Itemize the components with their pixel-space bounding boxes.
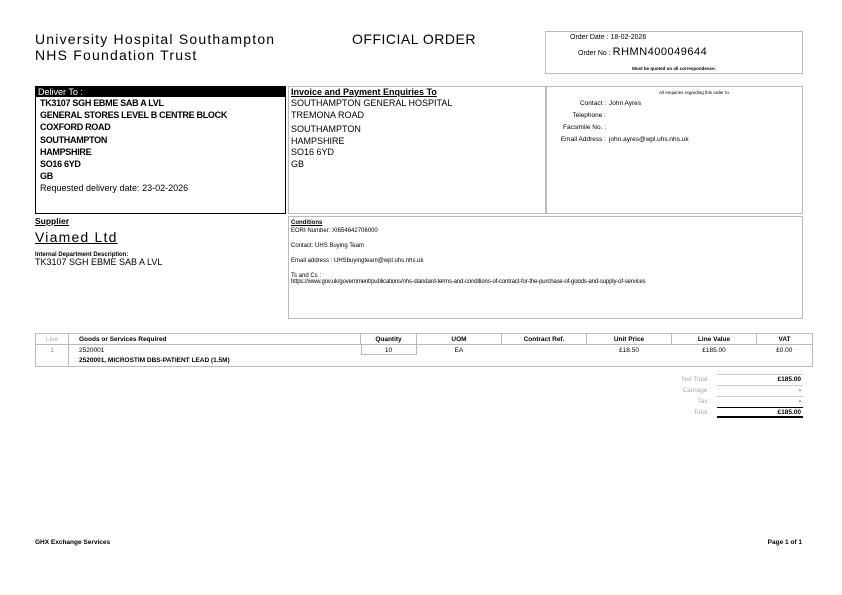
carriage-row: Carriage : - [650, 385, 803, 396]
invoice-heading: Invoice and Payment Enquiries To [291, 87, 545, 98]
col-goods: Goods or Services Required [69, 334, 361, 345]
tcs-link[interactable]: https://www.gov.uk/government/publicatio… [291, 279, 802, 285]
item-description: 2520001, MICROSTIM DBS-PATIENT LEAD (1.5… [79, 357, 361, 364]
contact-value: John Ayres [609, 100, 641, 107]
order-info-box: Order Date : 18-02-2026 Order No : RHMN4… [545, 31, 803, 74]
order-no-row: Order No : RHMN400049644 [578, 46, 707, 58]
email-value[interactable]: john.ayres@wpl.uhs.nhs.uk [609, 136, 689, 143]
deliver-line: SOUTHAMPTON [40, 134, 285, 146]
net-total-value: £185.00 [717, 374, 803, 385]
department-value: TK3107 SGH EBME SAB A LVL [35, 258, 162, 267]
invoice-line: SOUTHAMPTON GENERAL HOSPITAL [291, 98, 545, 110]
col-line-value: Line Value [672, 334, 757, 345]
cell-goods: 2520001 2520001, MICROSTIM DBS-PATIENT L… [69, 345, 361, 367]
footer-provider: GHX Exchange Services [35, 539, 110, 546]
fax-label: Facsimile No. : [547, 124, 606, 131]
order-date-value: 18-02-2026 [610, 34, 646, 41]
cell-unit-price: £18.50 [587, 345, 672, 367]
table-header-row: Line Goods or Services Required Quantity… [36, 334, 813, 345]
deliver-line: GB [40, 170, 285, 182]
invoice-line: GB [291, 159, 545, 171]
col-contract-ref: Contract Ref. [502, 334, 587, 345]
cell-quantity: 10 [361, 345, 417, 367]
conditions-heading: Conditions [291, 220, 802, 226]
tax-value: - [717, 396, 803, 407]
cell-line: 1 [36, 345, 69, 367]
organization-name: University Hospital Southampton NHS Foun… [35, 31, 275, 63]
supplier-heading: Supplier [35, 216, 162, 226]
carriage-value: - [717, 385, 803, 396]
quote-note: Must be quoted on all correspondence. [546, 66, 802, 71]
col-unit-price: Unit Price [587, 334, 672, 345]
eori-number: EORI Number: XI654642706000 [291, 228, 802, 234]
quantity-value: 10 [361, 345, 417, 355]
grand-total-row: Total : £185.00 [650, 407, 803, 418]
deliver-line: COXFORD ROAD [40, 121, 285, 133]
invoice-line: SOUTHAMPTON [291, 124, 545, 136]
col-uom: UOM [417, 334, 502, 345]
cell-line-value: £185.00 [672, 345, 757, 367]
document-title: OFFICIAL ORDER [352, 31, 476, 47]
carriage-label: Carriage : [650, 387, 713, 394]
deliver-line: HAMPSHIRE [40, 146, 285, 158]
total-value: £185.00 [717, 407, 803, 418]
deliver-line: SO16 6YD [40, 158, 285, 170]
org-line-2: NHS Foundation Trust [35, 47, 275, 63]
invoice-line: TREMONA ROAD [291, 110, 545, 122]
table-row: 1 2520001 2520001, MICROSTIM DBS-PATIENT… [36, 345, 813, 367]
telephone-label: Telephone : [547, 112, 606, 119]
conditions-contact: Contact: UHS Buying Team [291, 243, 802, 249]
tax-label: Tax : [650, 398, 713, 405]
enquiries-box: All enquiries regarding this order to: C… [546, 86, 803, 214]
deliver-to-heading: Deliver To : [36, 87, 285, 97]
page-number: Page 1 of 1 [768, 539, 802, 546]
deliver-line: GENERAL STORES LEVEL B CENTRE BLOCK [40, 109, 285, 121]
col-line: Line [36, 334, 69, 345]
conditions-email[interactable]: Email address : UHSbuyingteam@wpl.uhs.nh… [291, 258, 802, 264]
item-code: 2520001 [79, 347, 361, 354]
col-vat: VAT [757, 334, 813, 345]
totals-section: Net Total : £185.00 Carriage : - Tax : -… [650, 374, 803, 418]
contact-label: Contact : [547, 100, 606, 107]
total-label: Total : [650, 409, 713, 416]
conditions-box: Conditions EORI Number: XI654642706000 C… [288, 216, 803, 319]
net-total-row: Net Total : £185.00 [650, 374, 803, 385]
deliver-to-box: Deliver To : TK3107 SGH EBME SAB A LVL G… [35, 86, 286, 214]
net-total-label: Net Total : [650, 376, 713, 383]
order-date-row: Order Date : 18-02-2026 [570, 34, 646, 41]
order-no-label: Order No : [578, 50, 611, 57]
enquiries-note: All enquiries regarding this order to: [587, 90, 802, 95]
cell-vat: £0.00 [757, 345, 813, 367]
order-date-label: Order Date : [570, 34, 609, 41]
cell-uom: EA [417, 345, 502, 367]
cell-contract-ref [502, 345, 587, 367]
org-line-1: University Hospital Southampton [35, 31, 275, 47]
col-quantity: Quantity [361, 334, 417, 345]
requested-delivery-date: Requested delivery date: 23-02-2026 [40, 182, 285, 194]
supplier-section: Supplier Viamed Ltd Internal Department … [35, 216, 162, 267]
order-no-value: RHMN400049644 [613, 46, 708, 58]
invoice-line: HAMPSHIRE [291, 136, 545, 148]
invoice-to-box: Invoice and Payment Enquiries To SOUTHAM… [288, 86, 546, 214]
invoice-line: SO16 6YD [291, 147, 545, 159]
supplier-name: Viamed Ltd [35, 229, 162, 245]
deliver-line: TK3107 SGH EBME SAB A LVL [40, 97, 285, 109]
tax-row: Tax : - [650, 396, 803, 407]
email-label: Email Address : [547, 136, 606, 143]
order-items-table: Line Goods or Services Required Quantity… [35, 333, 813, 367]
